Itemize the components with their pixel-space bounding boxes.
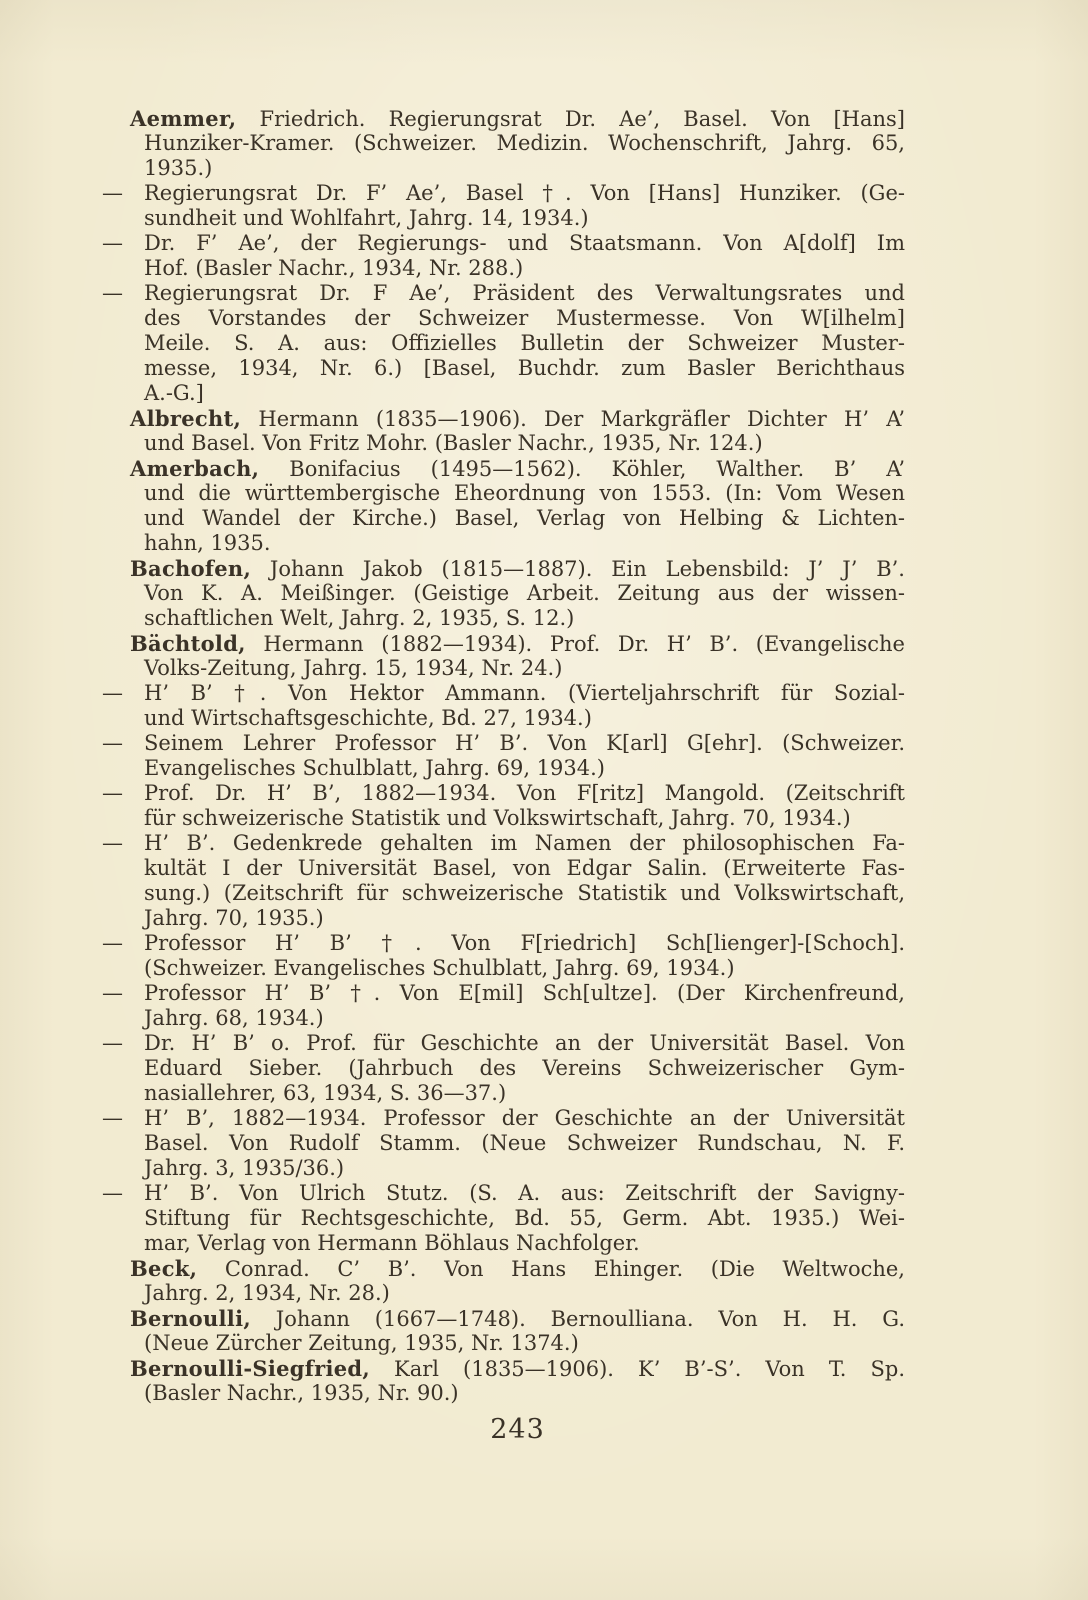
entry-line: —Regierungsrat Dr. F’ Ae’, Basel †. Von … — [144, 181, 905, 206]
bibliography-entry: —Regierungsrat Dr. F’ Ae’, Basel †. Von … — [144, 181, 905, 231]
entry-line: und Basel. Von Fritz Mohr. (Basler Nachr… — [144, 431, 905, 456]
entry-line: und Wirtschaftsgeschichte, Bd. 27, 1934.… — [144, 706, 905, 731]
entry-line: —H’ B’ †. Von Hektor Ammann. (Vierteljah… — [144, 681, 905, 706]
entry-line: Jahrg. 3, 1935/36.) — [144, 1156, 905, 1181]
entry-line: Volks-Zeitung, Jahrg. 15, 1934, Nr. 24.) — [144, 656, 905, 681]
entry-line: —Professor H’ B’ †. Von E[mil] Sch[ultze… — [144, 981, 905, 1006]
entry-line: sundheit und Wohlfahrt, Jahrg. 14, 1934.… — [144, 206, 905, 231]
entry-repeat-dash: — — [102, 781, 123, 806]
entry-headword: Aemmer, — [130, 106, 236, 131]
bibliography-entry: —H’ B’. Von Ulrich Stutz. (S. A. aus: Ze… — [144, 1181, 905, 1256]
entry-line: Jahrg. 70, 1935.) — [144, 906, 905, 931]
entry-line: und Wandel der Kirche.) Basel, Verlag vo… — [144, 506, 905, 531]
bibliography-entry: —Regierungsrat Dr. F Ae’, Präsident des … — [144, 281, 905, 406]
entry-repeat-dash: — — [102, 731, 123, 756]
entry-headword: Beck, — [130, 1256, 197, 1281]
entry-line: (Neue Zürcher Zeitung, 1935, Nr. 1374.) — [144, 1331, 905, 1356]
entry-line: —Prof. Dr. H’ B’, 1882—1934. Von F[ritz]… — [144, 781, 905, 806]
entry-line: —H’ B’. Gedenkrede gehalten im Namen der… — [144, 831, 905, 856]
entry-line: —Seinem Lehrer Professor H’ B’. Von K[ar… — [144, 731, 905, 756]
entry-headword: Amerbach, — [130, 456, 259, 481]
page-number: 243 — [130, 1415, 905, 1445]
entry-headword: Bächtold, — [130, 631, 246, 656]
entry-line: Basel. Von Rudolf Stamm. (Neue Schweizer… — [144, 1131, 905, 1156]
entry-repeat-dash: — — [102, 831, 123, 856]
entry-line: Amerbach, Bonifacius (1495—1562). Köhler… — [144, 456, 905, 481]
entry-line: A.-G.] — [144, 381, 905, 406]
entry-line: Bernoulli, Johann (1667—1748). Bernoulli… — [144, 1306, 905, 1331]
bibliography-entry: —Professor H’ B’ †. Von F[riedrich] Sch[… — [144, 931, 905, 981]
entry-repeat-dash: — — [102, 681, 123, 706]
bibliography-entry: —H’ B’. Gedenkrede gehalten im Namen der… — [144, 831, 905, 931]
entry-repeat-dash: — — [102, 931, 123, 956]
entry-repeat-dash: — — [102, 1106, 123, 1131]
bibliography-entry: Aemmer, Friedrich. Regierungsrat Dr. Ae’… — [144, 106, 905, 181]
entry-line: Beck, Conrad. C’ B’. Von Hans Ehinger. (… — [144, 1256, 905, 1281]
bibliography-text-block: Aemmer, Friedrich. Regierungsrat Dr. Ae’… — [144, 106, 905, 1445]
entry-repeat-dash: — — [102, 281, 123, 306]
bibliography-entry: —H’ B’, 1882—1934. Professor der Geschic… — [144, 1106, 905, 1181]
entry-headword: Bernoulli, — [130, 1306, 251, 1331]
entry-line: hahn, 1935. — [144, 531, 905, 556]
entry-line: (Schweizer. Evangelisches Schulblatt, Ja… — [144, 956, 905, 981]
entry-repeat-dash: — — [102, 1181, 123, 1206]
bibliography-entry: —Dr. F’ Ae’, der Regierungs- und Staatsm… — [144, 231, 905, 281]
entry-line: —Dr. F’ Ae’, der Regierungs- und Staatsm… — [144, 231, 905, 256]
entry-line: Aemmer, Friedrich. Regierungsrat Dr. Ae’… — [144, 106, 905, 131]
entry-line: nasiallehrer, 63, 1934, S. 36—37.) — [144, 1081, 905, 1106]
scanned-book-page: Aemmer, Friedrich. Regierungsrat Dr. Ae’… — [0, 0, 1088, 1600]
entry-headword: Bernoulli-Siegfried, — [130, 1356, 370, 1381]
bibliography-entry: —Dr. H’ B’ o. Prof. für Geschichte an de… — [144, 1031, 905, 1106]
entry-line: Hof. (Basler Nachr., 1934, Nr. 288.) — [144, 256, 905, 281]
bibliography-entry: Bächtold, Hermann (1882—1934). Prof. Dr.… — [144, 631, 905, 681]
entry-line: für schweizerische Statistik und Volkswi… — [144, 806, 905, 831]
entry-line: Stiftung für Rechtsgeschichte, Bd. 55, G… — [144, 1206, 905, 1231]
entry-line: sung.) (Zeitschrift für schweizerische S… — [144, 881, 905, 906]
entry-line: —Professor H’ B’ †. Von F[riedrich] Sch[… — [144, 931, 905, 956]
bibliography-entry: Bernoulli-Siegfried, Karl (1835—1906). K… — [144, 1356, 905, 1406]
entry-line: —Dr. H’ B’ o. Prof. für Geschichte an de… — [144, 1031, 905, 1056]
entry-repeat-dash: — — [102, 1031, 123, 1056]
entry-line: 1935.) — [144, 156, 905, 181]
entry-line: Bernoulli-Siegfried, Karl (1835—1906). K… — [144, 1356, 905, 1381]
entry-line: Bachofen, Johann Jakob (1815—1887). Ein … — [144, 556, 905, 581]
bibliography-entry: Amerbach, Bonifacius (1495—1562). Köhler… — [144, 456, 905, 556]
bibliography-entry: Beck, Conrad. C’ B’. Von Hans Ehinger. (… — [144, 1256, 905, 1306]
entry-line: Hunziker-Kramer. (Schweizer. Medizin. Wo… — [144, 131, 905, 156]
entry-line: Jahrg. 68, 1934.) — [144, 1006, 905, 1031]
bibliography-entry: Bernoulli, Johann (1667—1748). Bernoulli… — [144, 1306, 905, 1356]
entry-line: und die württembergische Eheordnung von … — [144, 481, 905, 506]
entry-line: Eduard Sieber. (Jahrbuch des Vereins Sch… — [144, 1056, 905, 1081]
entry-line: mar, Verlag von Hermann Böhlaus Nachfolg… — [144, 1231, 905, 1256]
entry-line: Jahrg. 2, 1934, Nr. 28.) — [144, 1281, 905, 1306]
bibliography-entry: Bachofen, Johann Jakob (1815—1887). Ein … — [144, 556, 905, 631]
entry-line: Albrecht, Hermann (1835—1906). Der Markg… — [144, 406, 905, 431]
entry-line: Meile. S. A. aus: Offizielles Bulletin d… — [144, 331, 905, 356]
bibliography-entry: —Professor H’ B’ †. Von E[mil] Sch[ultze… — [144, 981, 905, 1031]
entry-line: schaftlichen Welt, Jahrg. 2, 1935, S. 12… — [144, 606, 905, 631]
bibliography-entry: Albrecht, Hermann (1835—1906). Der Markg… — [144, 406, 905, 456]
entry-line: —Regierungsrat Dr. F Ae’, Präsident des … — [144, 281, 905, 306]
bibliography-entry: —Seinem Lehrer Professor H’ B’. Von K[ar… — [144, 731, 905, 781]
entry-line: (Basler Nachr., 1935, Nr. 90.) — [144, 1381, 905, 1406]
entry-headword: Albrecht, — [130, 406, 241, 431]
entry-line: —H’ B’, 1882—1934. Professor der Geschic… — [144, 1106, 905, 1131]
entry-repeat-dash: — — [102, 231, 123, 256]
entry-line: kultät I der Universität Basel, von Edga… — [144, 856, 905, 881]
entry-repeat-dash: — — [102, 181, 123, 206]
bibliography-entry: —H’ B’ †. Von Hektor Ammann. (Vierteljah… — [144, 681, 905, 731]
entry-line: messe, 1934, Nr. 6.) [Basel, Buchdr. zum… — [144, 356, 905, 381]
entry-line: des Vorstandes der Schweizer Mustermesse… — [144, 306, 905, 331]
entry-repeat-dash: — — [102, 981, 123, 1006]
entry-line: Von K. A. Meißinger. (Geistige Arbeit. Z… — [144, 581, 905, 606]
entry-line: Bächtold, Hermann (1882—1934). Prof. Dr.… — [144, 631, 905, 656]
bibliography-entry: —Prof. Dr. H’ B’, 1882—1934. Von F[ritz]… — [144, 781, 905, 831]
entry-headword: Bachofen, — [130, 556, 251, 581]
entry-line: —H’ B’. Von Ulrich Stutz. (S. A. aus: Ze… — [144, 1181, 905, 1206]
bibliography-list: Aemmer, Friedrich. Regierungsrat Dr. Ae’… — [144, 106, 905, 1406]
entry-line: Evangelisches Schulblatt, Jahrg. 69, 193… — [144, 756, 905, 781]
